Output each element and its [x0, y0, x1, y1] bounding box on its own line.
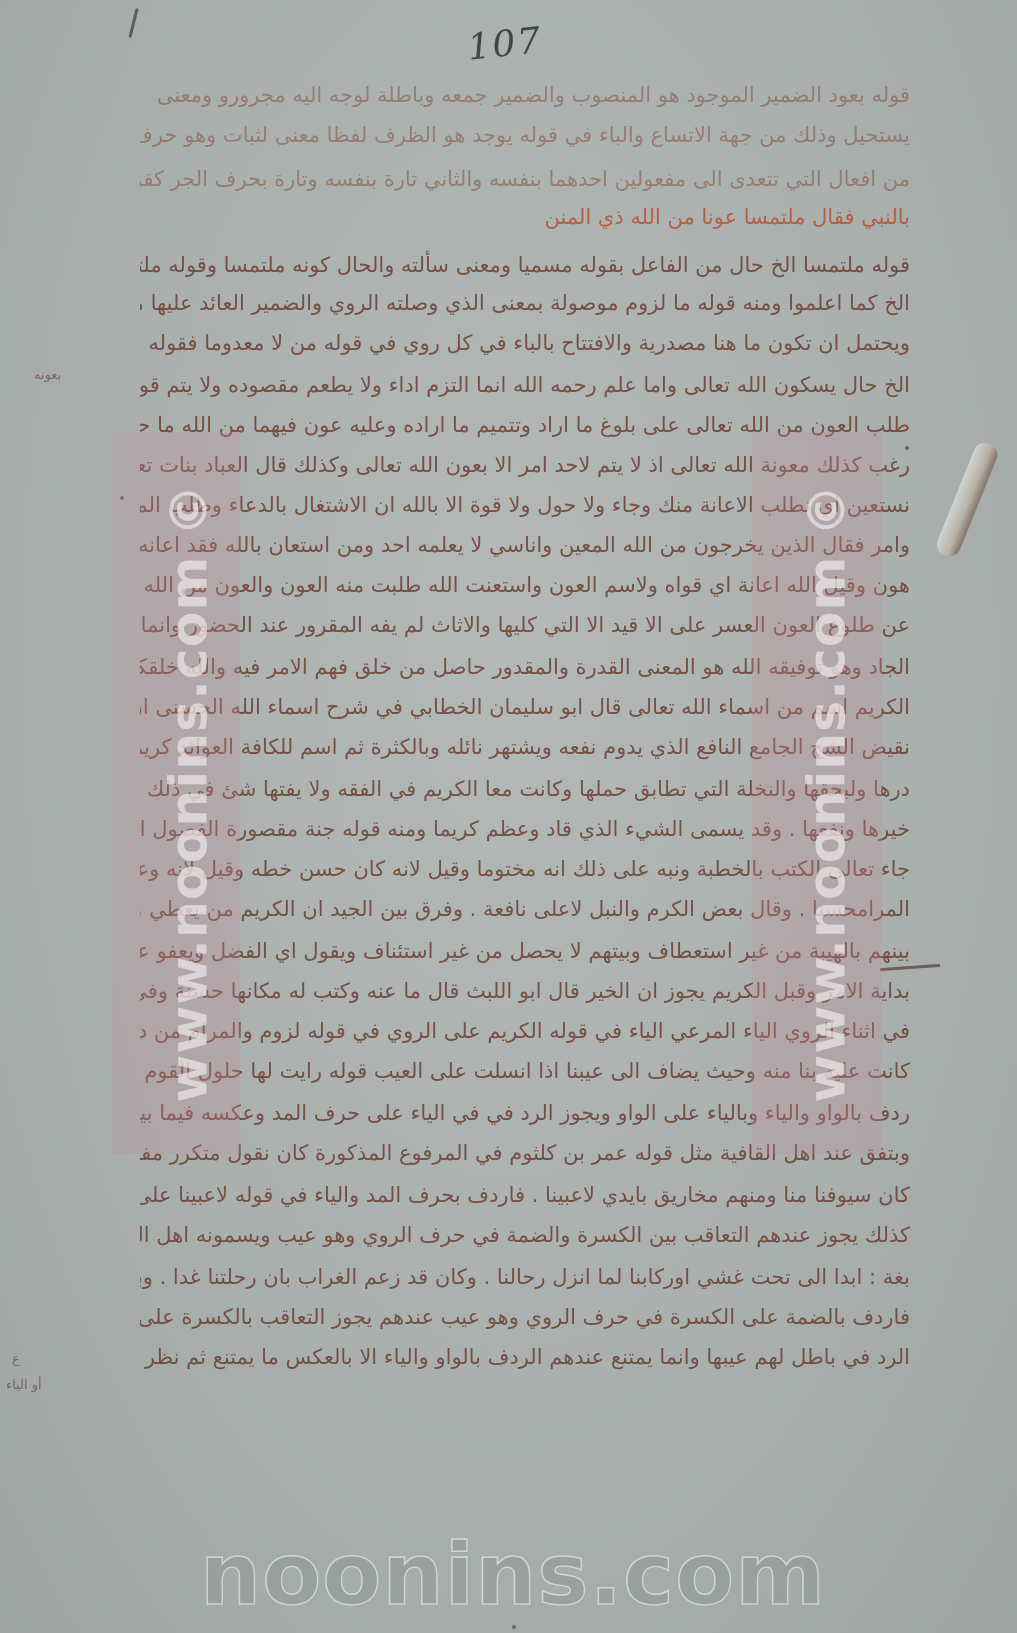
watermark-vertical-left: www.noonins.com ©	[160, 432, 220, 1154]
folio-number: 107	[466, 16, 581, 77]
margin-note: بعونه	[34, 368, 61, 383]
text-line: قوله ملتمسا الخ حال من الفاعل بقوله مسمي…	[140, 248, 910, 284]
text-line: كان سيوفنا منا ومنهم مخاريق بايدي لاعبين…	[140, 1178, 910, 1214]
text-line: يستحيل وذلك من جهة الاتساع والباء في قول…	[140, 118, 910, 154]
text-line: بغة : ابدا الى تحت غشي اوركابنا لما انزل…	[140, 1260, 910, 1296]
ink-speck	[905, 446, 909, 450]
text-line: الرد في باطل لهم عيبها وانما يمتنع عندهم…	[140, 1340, 910, 1376]
ink-stroke-mark	[128, 8, 138, 38]
paper-tab-fold	[933, 440, 1000, 560]
text-line: كذلك يجوز عندهم التعاقب بين الكسرة والضم…	[140, 1218, 910, 1254]
text-line: قوله بعود الضمير الموجود هو المنصوب والض…	[155, 78, 910, 114]
text-line: ويحتمل ان تكون ما هنا مصدرية والافتتاح ب…	[140, 326, 910, 362]
watermark-text: www.noonins.com ©	[798, 483, 858, 1102]
manuscript-page: 107 قوله بعود الضمير الموجود هو المنصوب …	[0, 0, 1017, 1633]
watermark-bottom: noonins.com	[200, 1530, 820, 1620]
margin-note: ع	[12, 1352, 20, 1367]
watermark-vertical-right: www.noonins.com ©	[798, 432, 858, 1154]
text-line: الخ كما اعلموا ومنه قوله ما لزوم موصولة …	[140, 286, 910, 322]
text-line: الخ حال يسكون الله تعالى واما علم رحمه ا…	[140, 368, 910, 404]
margin-note: أو الياء	[6, 1378, 42, 1393]
ink-speck	[512, 1625, 516, 1629]
text-line: فاردف بالضمة على الكسرة في حرف الروي وهو…	[140, 1300, 910, 1336]
watermark-text: www.noonins.com ©	[160, 483, 220, 1102]
text-line: من افعال التي تتعدى الى مفعولين احدهما ب…	[140, 162, 910, 198]
rubric-verse-line: بالنبي فقال ملتمسا عونا من الله ذي المنن	[140, 200, 910, 236]
